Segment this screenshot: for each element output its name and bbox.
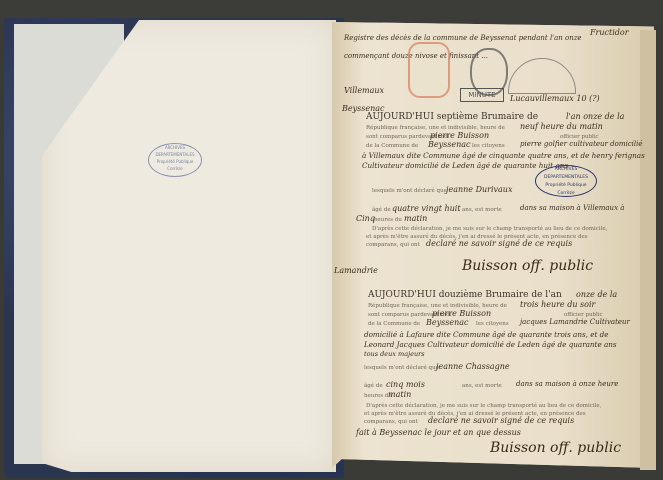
print-text: comparans, qui ont xyxy=(366,242,420,248)
print-text: les citoyens xyxy=(476,321,509,327)
print-text: lesquels m'ont déclaré que xyxy=(364,365,439,371)
hand-text: Leonard Jacques Cultivateur domicilié de… xyxy=(364,340,617,349)
hand-text: pierre Buisson xyxy=(432,309,491,318)
hand-text: matin xyxy=(388,390,411,399)
hand-text: neuf heure du matin xyxy=(520,122,603,131)
officer-signature: Buisson off. public xyxy=(462,258,593,274)
print-text: comparans, qui ont xyxy=(364,419,418,425)
print-text: âgé de xyxy=(364,383,383,389)
hand-text: pierre Buisson xyxy=(430,131,489,140)
stamp-text: ARCHIVES DEPARTEMENTALES xyxy=(149,144,201,158)
entry-margin-name: Lamandrie xyxy=(334,266,378,275)
red-tax-stamp xyxy=(408,42,450,98)
hand-text: declaré ne savoir signé de ce requis xyxy=(428,416,574,425)
hand-text: Cinq xyxy=(356,214,375,223)
stamp-text: Corrèze xyxy=(536,190,596,198)
print-text: heures du xyxy=(374,217,402,223)
hand-text: à Villemaux dite Commune âgé de cinquant… xyxy=(362,151,645,160)
entry-hand: onze de la xyxy=(576,290,617,299)
hand-text: cinq mois xyxy=(386,380,425,389)
print-text: âgé de xyxy=(372,207,391,213)
hand-text: trois heure du soir xyxy=(520,300,595,309)
print-text: D'après cette déclaration, je me suis su… xyxy=(372,226,607,232)
minute-stamp: MINUTE xyxy=(460,88,504,102)
hand-text: quatre vingt huit xyxy=(392,204,461,213)
hand-text: pierre golfier cultivateur domicilié xyxy=(520,140,642,148)
corner-note: Fructidor xyxy=(590,28,629,37)
page-edge xyxy=(640,30,656,470)
stamp-text: ARCHIVES DEPARTEMENTALES xyxy=(536,166,596,182)
stamp-text: Propriété Publique xyxy=(536,182,596,190)
hand-text: dans sa maison à Villemaux à xyxy=(520,204,624,212)
print-text: lesquels m'ont déclaré que xyxy=(372,188,447,194)
header-line: Registre des décès de la commune de Beys… xyxy=(344,34,582,42)
print-text: les citoyens xyxy=(472,143,505,149)
archive-stamp-left: ARCHIVES DEPARTEMENTALES Propriété Publi… xyxy=(148,143,202,177)
hand-text: dans sa maison à onze heure xyxy=(516,380,618,388)
hand-text: fait à Beyssenac le jour et an que dessu… xyxy=(356,428,521,437)
stamp-text: Propriété Publique xyxy=(149,158,201,165)
hand-text: jeanne Chassagne xyxy=(436,362,510,371)
hand-text: jacques Lamandrie Cultivateur xyxy=(520,318,630,326)
hand-text: tous deux majeurs xyxy=(364,350,425,358)
print-text: de la Commune de xyxy=(368,321,420,327)
hand-text: jeanne Durivaux xyxy=(446,185,512,194)
hand-text: matin xyxy=(404,214,427,223)
print-text: ans, est morte xyxy=(462,383,502,389)
hand-text: declaré ne savoir signé de ce requis xyxy=(426,239,572,248)
hand-text: domicilié à Lafaure dite Commune âgé de … xyxy=(364,330,609,339)
stamp-text: Corrèze xyxy=(149,165,201,172)
print-text: D'après cette déclaration, je me suis su… xyxy=(366,403,601,409)
margin-name: Villemaux xyxy=(344,86,384,95)
header-note: Lucauvillemaux 10 (?) xyxy=(510,94,600,103)
archive-stamp-right: ARCHIVES DEPARTEMENTALES Propriété Publi… xyxy=(535,165,597,197)
hand-text: Beyssenac xyxy=(426,318,468,327)
hand-text: Beyssenac xyxy=(428,140,470,149)
entry-heading: AUJOURD'HUI septième Brumaire de xyxy=(366,112,538,122)
entry-hand: l'an onze de la xyxy=(566,112,624,121)
print-text: ans, est morte xyxy=(462,207,502,213)
entry-heading: AUJOURD'HUI douzième Brumaire de l'an xyxy=(368,290,562,300)
officer-signature: Buisson off. public xyxy=(490,440,621,456)
print-text: de la Commune de xyxy=(366,143,418,149)
